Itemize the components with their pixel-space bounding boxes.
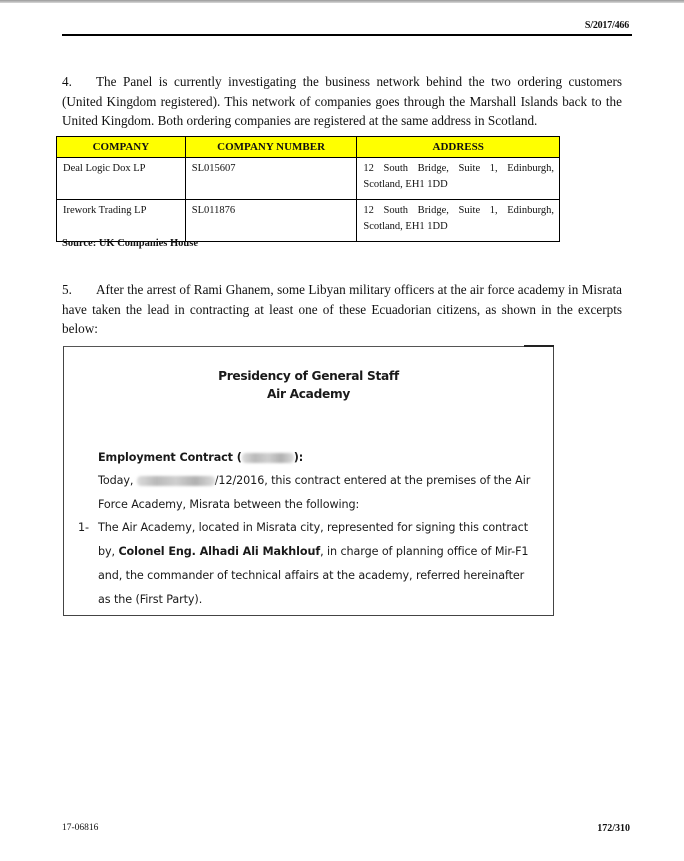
excerpt-title: Presidency of General Staff [64, 369, 553, 383]
viewer-top-edge [0, 0, 684, 3]
item-number: 1- [78, 521, 89, 534]
redacted-date [137, 476, 215, 486]
paragraph-5: 5.After the arrest of Rami Ghanem, some … [62, 280, 622, 339]
paragraph-4: 4.The Panel is currently investigating t… [62, 72, 622, 131]
scan-artifact [524, 345, 554, 347]
cell-company: Deal Logic Dox LP [57, 158, 186, 200]
cell-company-number: SL011876 [185, 200, 357, 242]
table-header-row: COMPANY COMPANY NUMBER ADDRESS [57, 137, 560, 158]
redacted-name [242, 453, 294, 463]
contract-date-line: Today, /12/2016, this contract entered a… [98, 474, 530, 487]
item-line-3: and, the commander of technical affairs … [98, 569, 524, 582]
contract-excerpt-image: Presidency of General Staff Air Academy … [63, 346, 554, 616]
footer-page-number: 172/310 [597, 823, 630, 834]
paragraph-number: 4. [62, 72, 96, 92]
paragraph-text: The Panel is currently investigating the… [62, 74, 622, 128]
column-header-company: COMPANY [57, 137, 186, 158]
cell-company: Irework Trading LP [57, 200, 186, 242]
table-source: Source: UK Companies House [62, 238, 198, 249]
cell-address: 12 South Bridge, Suite 1, Edinburgh, Sco… [357, 200, 560, 242]
footer-doc-number: 17-06816 [62, 823, 98, 833]
column-header-address: ADDRESS [357, 137, 560, 158]
paragraph-text: After the arrest of Rami Ghanem, some Li… [62, 282, 622, 336]
item-line-2: by, Colonel Eng. Alhadi Ali Makhlouf, in… [98, 545, 528, 558]
table-row: Deal Logic Dox LP SL015607 12 South Brid… [57, 158, 560, 200]
cell-company-number: SL015607 [185, 158, 357, 200]
cell-address: 12 South Bridge, Suite 1, Edinburgh, Sco… [357, 158, 560, 200]
item-line-1: The Air Academy, located in Misrata city… [98, 521, 528, 534]
excerpt-subtitle: Air Academy [64, 387, 553, 401]
companies-table: COMPANY COMPANY NUMBER ADDRESS Deal Logi… [56, 136, 560, 242]
header-rule [62, 34, 632, 36]
column-header-company-number: COMPANY NUMBER [185, 137, 357, 158]
document-symbol: S/2017/466 [585, 20, 629, 31]
table-row: Irework Trading LP SL011876 12 South Bri… [57, 200, 560, 242]
officer-name: Colonel Eng. Alhadi Ali Makhlouf [118, 545, 320, 558]
item-line-4: as the (First Party). [98, 593, 202, 606]
contract-label: Employment Contract (): [98, 451, 303, 464]
contract-location-line: Force Academy, Misrata between the follo… [98, 498, 359, 511]
paragraph-number: 5. [62, 280, 96, 300]
